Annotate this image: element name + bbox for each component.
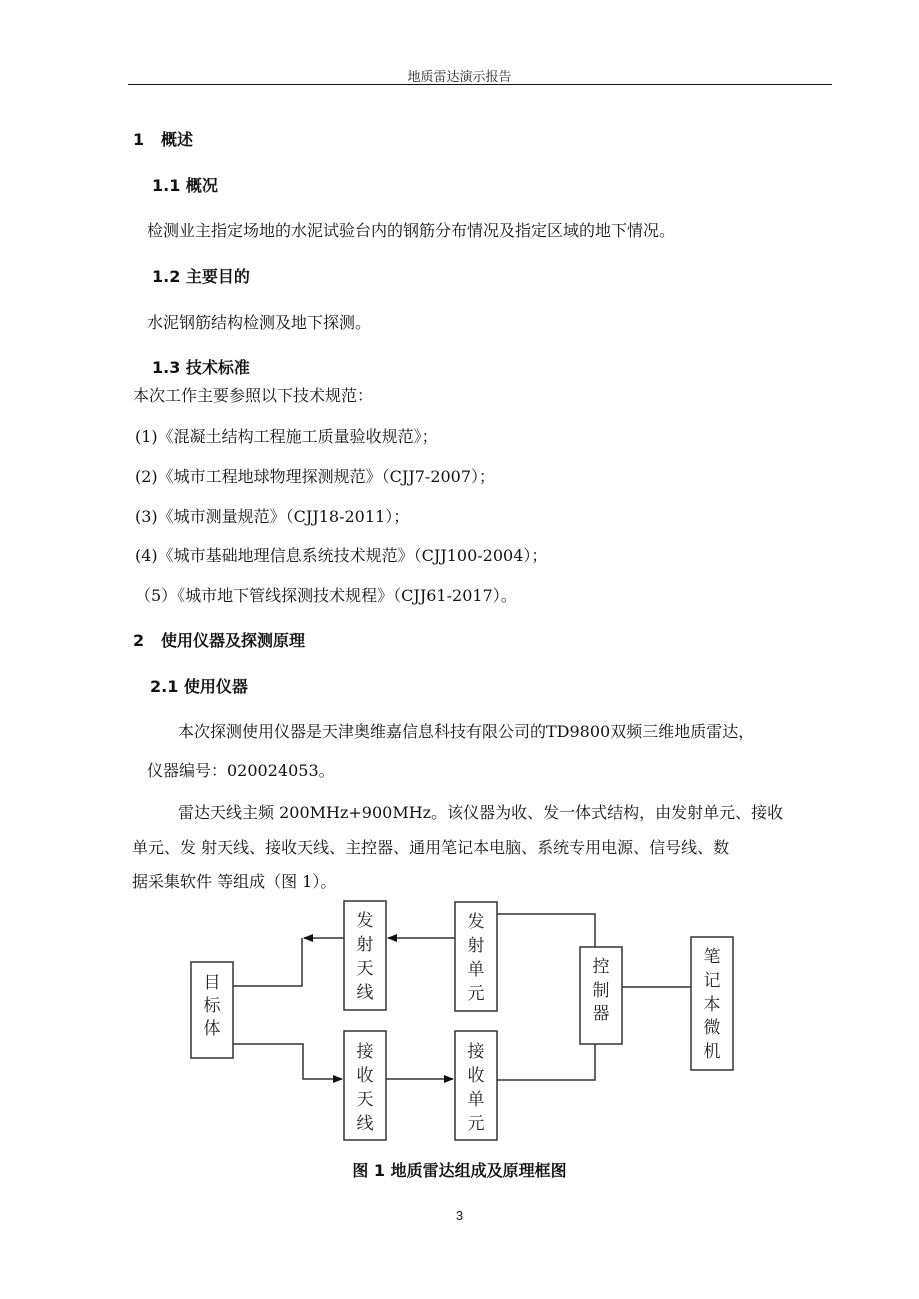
box-tx-unit-char: 元 [468, 984, 485, 1004]
box-target-char: 标 [204, 996, 222, 1016]
box-rx-unit-char: 元 [468, 1114, 485, 1134]
box-laptop-char: 微 [704, 1018, 721, 1038]
line-to-target [233, 938, 302, 986]
box-laptop-char: 笔 [704, 947, 721, 967]
line-rx-unit-to-controller [497, 1044, 595, 1080]
figure-caption: 图 1 地质雷达组成及原理框图 [0, 1158, 919, 1181]
box-tx-unit-char: 射 [468, 936, 485, 956]
box-rx-antenna-char: 接 [357, 1042, 374, 1062]
gpr-block-diagram: 目 标 体 发 射 天 线 接 收 天 线 发 射 单 元 接 收 单 元 控 … [0, 0, 919, 1299]
box-rx-antenna-char: 线 [357, 1114, 374, 1134]
box-controller-char: 控 [593, 957, 610, 977]
box-tx-antenna-char: 天 [357, 959, 374, 979]
box-tx-antenna-char: 发 [357, 911, 374, 931]
box-tx-unit-char: 单 [468, 960, 485, 980]
box-laptop-char: 本 [704, 995, 721, 1015]
box-rx-unit-char: 单 [468, 1090, 485, 1110]
box-rx-unit-char: 接 [468, 1042, 485, 1062]
box-controller-char: 制 [593, 981, 610, 1001]
box-laptop-char: 机 [704, 1042, 721, 1062]
box-laptop-char: 记 [704, 971, 721, 991]
box-rx-unit-char: 收 [468, 1066, 485, 1086]
box-tx-unit-char: 发 [468, 912, 485, 932]
box-target-char: 体 [204, 1019, 221, 1039]
page-number: 3 [0, 1208, 919, 1223]
box-target-char: 目 [204, 973, 221, 993]
box-tx-antenna-char: 线 [357, 983, 374, 1003]
arrow-target-to-rx-antenna [233, 1044, 342, 1079]
box-rx-antenna-char: 收 [357, 1066, 374, 1086]
box-rx-antenna-char: 天 [357, 1090, 374, 1110]
box-controller-char: 器 [593, 1004, 610, 1024]
line-tx-unit-to-controller [497, 914, 595, 947]
box-tx-antenna-char: 射 [357, 935, 374, 955]
